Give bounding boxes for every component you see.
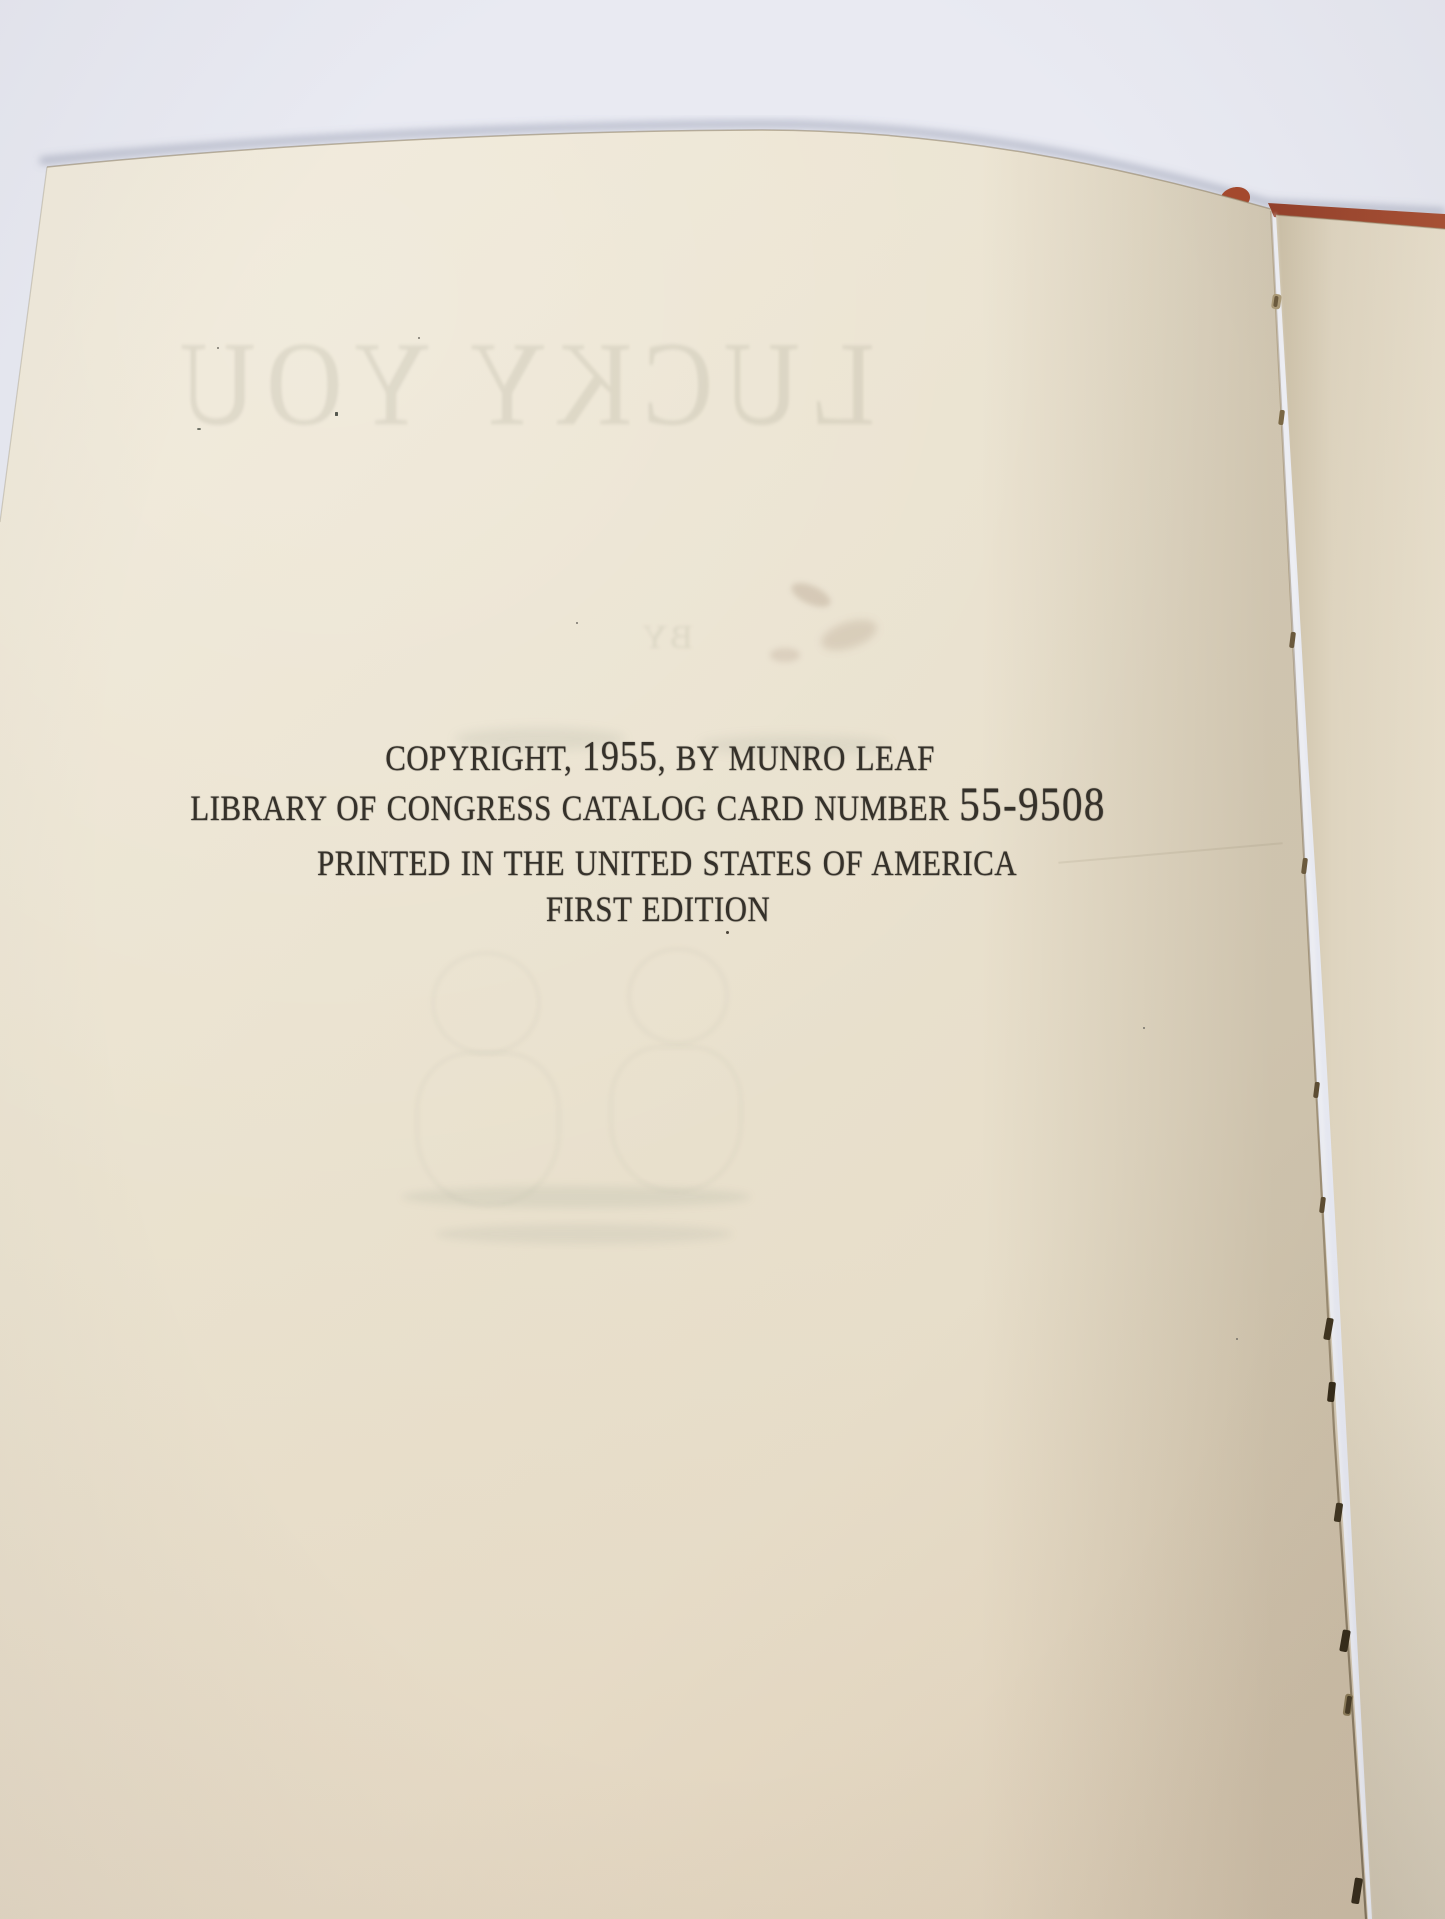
- lc-card-number: 55-9508: [959, 778, 1106, 831]
- first-edition-line: FIRST EDITION: [546, 886, 770, 931]
- copyright-line: COPYRIGHT, 1955, BY MUNRO LEAF: [385, 735, 935, 780]
- book-shapes: [0, 0, 1445, 1919]
- printed-in-line-text: PRINTED IN THE UNITED STATES OF AMERICA: [317, 843, 1017, 883]
- book-photo: LUCKY YOU BY COPYRIGHT, 1955, BY MUNRO L…: [0, 0, 1445, 1919]
- copyright-line-text: COPYRIGHT,: [385, 738, 582, 778]
- first-edition-line-text: FIRST EDITION: [546, 889, 770, 929]
- lc-number-line: LIBRARY OF CONGRESS CATALOG CARD NUMBER …: [190, 783, 1105, 830]
- showthrough-by: BY: [601, 618, 731, 658]
- printed-in-line: PRINTED IN THE UNITED STATES OF AMERICA: [317, 840, 1017, 885]
- showthrough-title: LUCKY YOU: [215, 312, 875, 456]
- copyright-line-text: , BY MUNRO LEAF: [658, 738, 935, 778]
- lc-number-line-text: LIBRARY OF CONGRESS CATALOG CARD NUMBER: [190, 788, 959, 828]
- copyright-year: 1955: [582, 734, 658, 780]
